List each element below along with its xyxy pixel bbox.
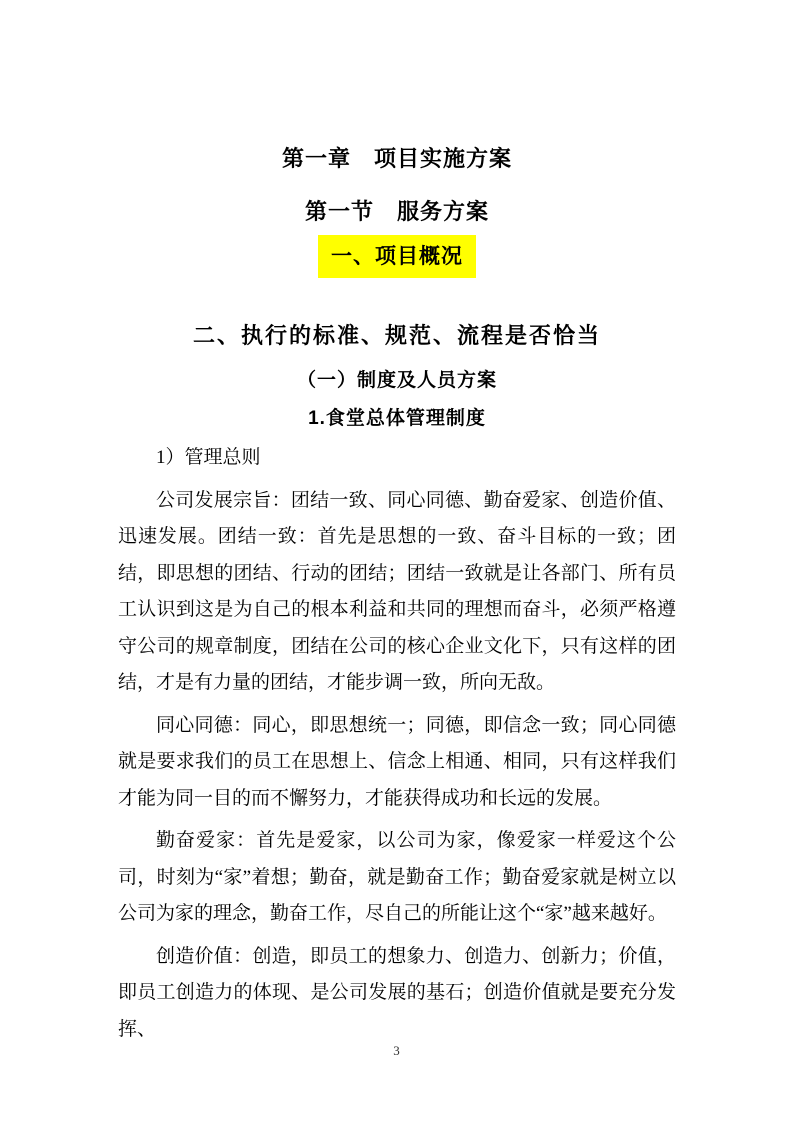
- section-title: 第一节 服务方案: [118, 200, 676, 223]
- paragraph: 勤奋爱家：首先是爱家，以公司为家，像爱家一样爱这个公司，时刻为“家”着想；勤奋，…: [118, 823, 676, 933]
- highlighted-heading: 一、项目概况: [318, 235, 476, 278]
- paragraph: 1）管理总则: [118, 440, 676, 477]
- paragraph: 公司发展宗旨：团结一致、同心同德、勤奋爱家、创造价值、迅速发展。团结一致：首先是…: [118, 483, 676, 702]
- paragraph: 同心同德：同心，即思想统一；同德，即信念一致；同心同德就是要求我们的员工在思想上…: [118, 708, 676, 818]
- body-paragraphs: 1）管理总则公司发展宗旨：团结一致、同心同德、勤奋爱家、创造价值、迅速发展。团结…: [118, 440, 676, 1048]
- paragraph: 创造价值：创造，即员工的想象力、创造力、创新力；价值，即员工创造力的体现、是公司…: [118, 939, 676, 1049]
- highlighted-heading-row: 一、项目概况: [118, 235, 676, 278]
- page-number: 3: [0, 1042, 793, 1060]
- subheading-canteen-management: 1.食堂总体管理制度: [118, 407, 676, 430]
- subheading-system-personnel: （一）制度及人员方案: [118, 370, 676, 391]
- chapter-title: 第一章 项目实施方案: [118, 147, 676, 170]
- document-page: 第一章 项目实施方案 第一节 服务方案 一、项目概况 二、执行的标准、规范、流程…: [0, 0, 793, 1122]
- subheading-standards: 二、执行的标准、规范、流程是否恰当: [118, 322, 676, 350]
